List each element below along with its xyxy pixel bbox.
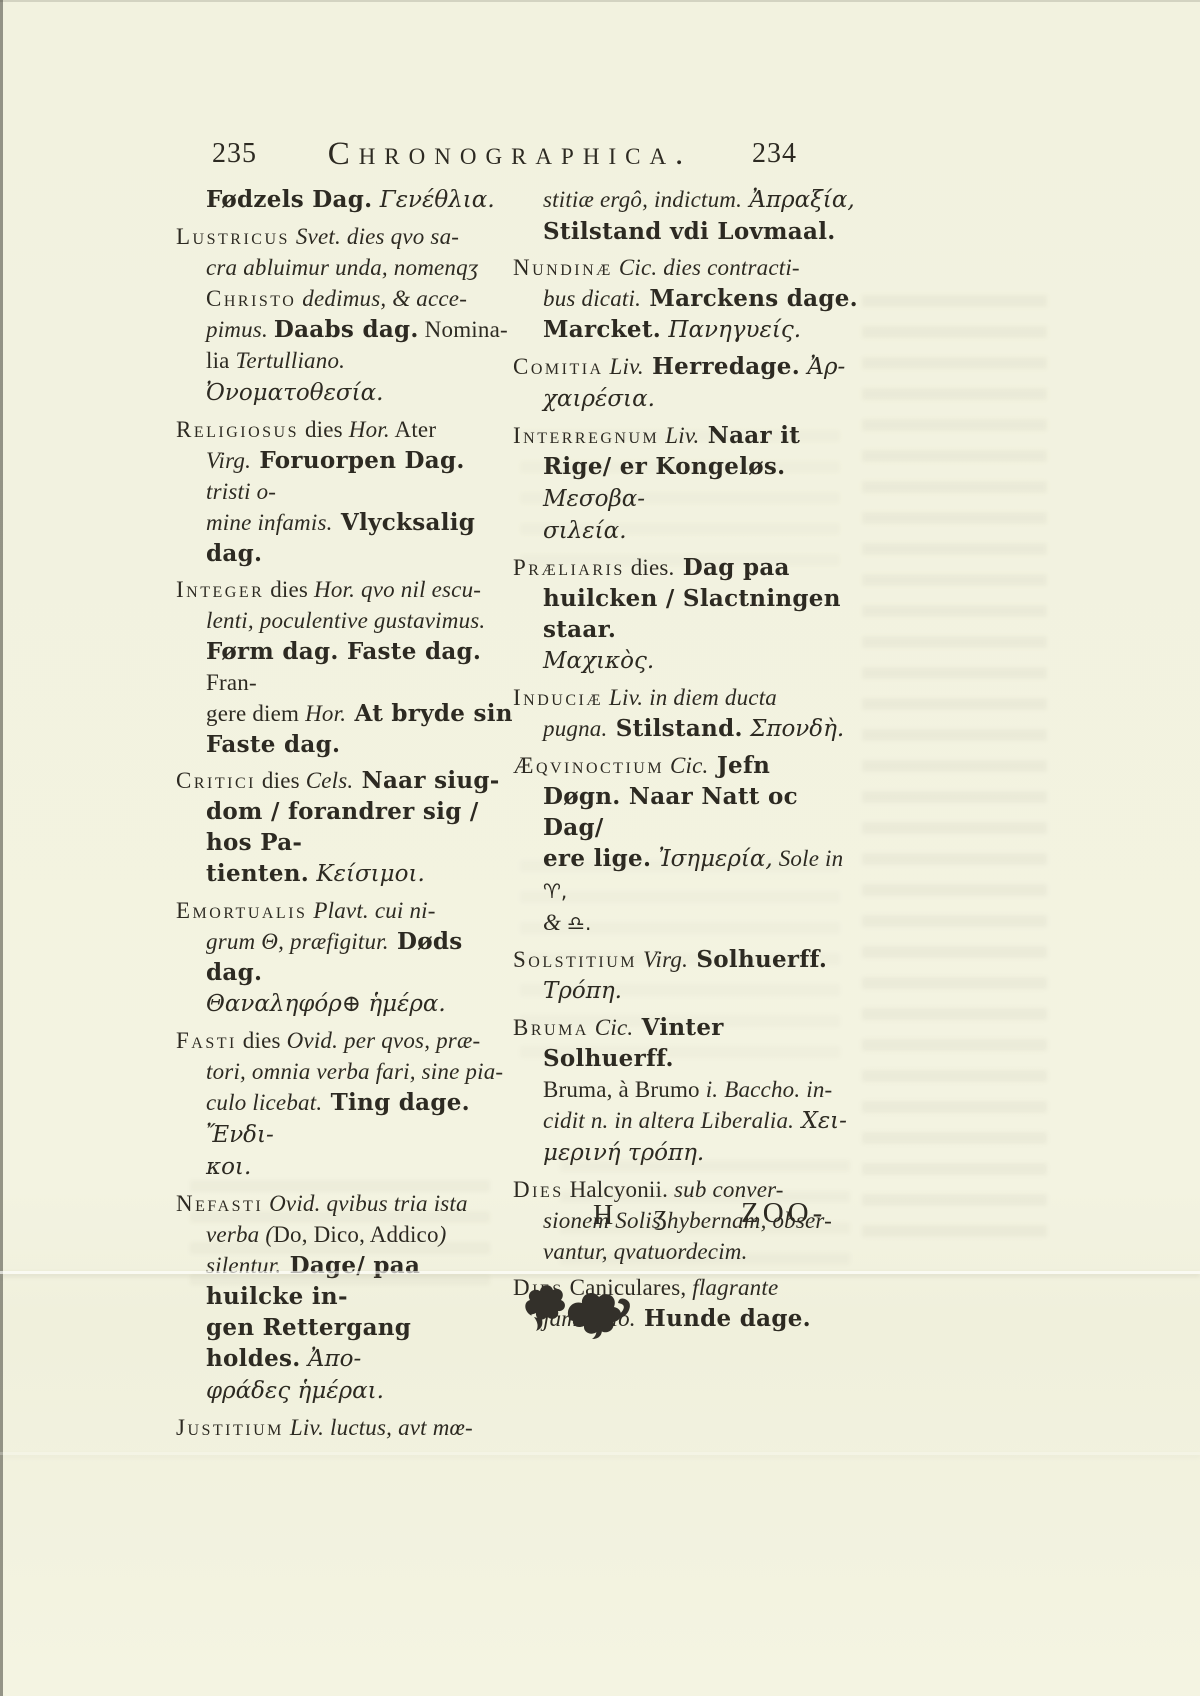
text-run-sc: Induciæ <box>513 685 603 710</box>
dictionary-entry: Emortualis Plavt. cui ni-grum Θ, præfigi… <box>176 895 514 1020</box>
text-run-fr: Rige/ er Kongeløs. <box>543 453 785 480</box>
text-run-gk: Ὀνοματοθεσία. <box>206 380 384 406</box>
signature-mark: H ʒ <box>593 1200 667 1232</box>
text-run-fr: Stilstand vdi Lovmaal. <box>543 218 836 245</box>
text-run-gk: Μαχικὸς. <box>543 648 654 674</box>
text-run-gk: σιλεία. <box>543 518 627 544</box>
text-run-sc: Solstitium <box>513 947 637 972</box>
text-run-gk: Ἀπο- <box>301 1346 362 1372</box>
text-run-it: mine infamis. <box>206 510 333 535</box>
text-run-it: dedimus, & acce- <box>296 286 467 311</box>
text-run-it: Svet. dies qvo sa- <box>290 224 459 249</box>
text-run-gk: Τρόπη. <box>543 978 622 1004</box>
text-run-gk: Ἀρ- <box>800 354 845 380</box>
text-run-fr: Marcket. <box>543 316 661 343</box>
text-run-it: stitiæ ergô, indictum. <box>543 187 742 212</box>
text-run-gk: Γενέθλια. <box>372 187 494 213</box>
text-run-sc: Justitium <box>176 1415 284 1440</box>
text-run-sc: Interregnum <box>513 423 659 448</box>
text-run-fr: huilcken / Slactningen staar. <box>543 585 841 643</box>
dictionary-entry: Justitium Liv. luctus, avt mœ- <box>176 1412 514 1443</box>
text-run-gk: φράδες ἡμέραι. <box>206 1378 384 1404</box>
dictionary-entry: Nefasti Ovid. qvibus tria istaverba (Do,… <box>176 1188 514 1407</box>
text-run-sc: Religiosus <box>176 417 299 442</box>
text-run-sc: Fasti <box>176 1028 237 1053</box>
text-run-it: Virg. <box>206 448 251 473</box>
text-run-fr: Førm dag. Faste dag. <box>206 638 481 665</box>
text-run-gk: Χει- <box>794 1108 847 1134</box>
text-run-ro: Bruma, à Brumo <box>543 1077 706 1102</box>
text-run-zo: ♎. <box>567 911 591 935</box>
text-run-it: flagrante <box>692 1275 778 1300</box>
text-run-it: pimus. <box>206 317 274 342</box>
text-run-it: Tertulliano. <box>236 348 346 373</box>
text-run-gk: Πανηγυείς. <box>661 317 801 343</box>
dictionary-entry: Religiosus dies Hor. AterVirg. Foruorpen… <box>176 414 514 569</box>
fleuron-ornament-icon <box>518 1276 650 1340</box>
text-run-fr: Naar siug- <box>353 767 499 794</box>
text-run-sc: Nundinæ <box>513 255 613 280</box>
dictionary-entry: Fasti dies Ovid. per qvos, præ-tori, omn… <box>176 1025 514 1183</box>
page-number-left: 235 <box>212 138 257 170</box>
text-run-it: & <box>543 910 567 935</box>
text-run-gk: Κείσιμοι. <box>309 861 425 887</box>
text-run-it: Ovid. qvibus tria ista <box>263 1191 468 1216</box>
text-run-it: Sole in <box>773 846 844 871</box>
text-column-right: stitiæ ergô, indictum. Ἀπραξία,Stilstand… <box>513 184 861 1339</box>
text-run-fr: Daabs dag. <box>274 316 419 343</box>
text-run-it: verba ( <box>206 1222 273 1247</box>
text-run-sc: Christo <box>206 286 296 311</box>
text-run-it: Plavt. cui ni- <box>307 898 435 923</box>
text-run-fr: Dag paa <box>675 554 790 581</box>
text-run-it: Liv. luctus, avt mœ- <box>284 1415 473 1440</box>
text-run-gk: Θαναληφόρ⊕ ἡμέρα. <box>206 991 446 1017</box>
scan-edge-left <box>0 0 3 1696</box>
text-run-it: Cic. <box>589 1015 633 1040</box>
text-run-fr: Naar it <box>699 422 800 449</box>
text-run-it: Liv. in diem ducta <box>603 685 777 710</box>
text-column-left: Fødzels Dag. Γενέθλια.Lustricus Svet. di… <box>176 184 514 1448</box>
text-run-it: qvo nil escu- <box>355 577 481 602</box>
text-run-ro: Halcyonii. <box>564 1177 668 1202</box>
text-run-sc: Bruma <box>513 1015 589 1040</box>
text-run-fr: dom / forandrer sig / hos Pa- <box>206 798 479 856</box>
text-run-it: pugna. <box>543 716 607 741</box>
text-run-it: Ovid. <box>287 1028 338 1053</box>
dictionary-entry: Præliaris dies. Dag paahuilcken / Slactn… <box>513 552 861 677</box>
text-run-ro: Ater <box>390 417 436 442</box>
text-run-ro: Nomina- <box>419 317 508 342</box>
text-run-sc: Emortualis <box>176 898 307 923</box>
dictionary-entry: Fødzels Dag. Γενέθλια. <box>176 184 514 216</box>
text-run-fr: Herredage. <box>644 353 800 380</box>
text-run-ro: dies <box>237 1028 287 1053</box>
text-run-fr: Marckens dage. <box>641 285 858 312</box>
scanned-book-page: 235 Chronographica. 234 Fødzels Dag. Γεν… <box>0 0 1200 1696</box>
text-run-gk: Σπονδὴ. <box>743 716 844 742</box>
text-run-ro: dies <box>256 768 306 793</box>
dictionary-entry: Æqvinoctium Cic. JefnDøgn. Naar Natt oc … <box>513 750 861 939</box>
page-showthrough <box>862 295 1047 1245</box>
running-title: Chronographica. <box>300 136 720 173</box>
dictionary-entry: Interregnum Liv. Naar itRige/ er Kongelø… <box>513 420 861 547</box>
text-run-sc: Lustricus <box>176 224 290 249</box>
text-run-it: grum Θ, præfigitur. <box>206 929 389 954</box>
text-run-it: Hor. <box>349 417 390 442</box>
text-run-fr: Solhuerff. <box>688 946 827 973</box>
text-run-it: ) <box>439 1222 447 1247</box>
dictionary-entry: Nundinæ Cic. dies contracti-bus dicati. … <box>513 252 861 346</box>
text-run-it: Cels. <box>306 768 354 793</box>
dictionary-entry: Critici dies Cels. Naar siug-dom / foran… <box>176 765 514 890</box>
text-run-ro: Do, Dico, Addico <box>273 1222 438 1247</box>
dictionary-entry: Solstitium Virg. Solhuerff.Τρόπη. <box>513 944 861 1007</box>
text-run-fr: Hunde dage. <box>636 1305 811 1332</box>
text-run-it: per qvos, præ- <box>338 1028 480 1053</box>
text-run-fr: ere lige. <box>543 845 651 872</box>
text-run-it: Liv. <box>659 423 699 448</box>
text-run-it: silentur. <box>206 1253 281 1278</box>
dictionary-entry: Bruma Cic. Vinter Solhuerff.Bruma, à Bru… <box>513 1012 861 1169</box>
text-run-it: Cic. <box>664 753 708 778</box>
page-header: 235 Chronographica. 234 <box>0 136 1200 176</box>
dictionary-entry: Comitia Liv. Herredage. Ἀρ-χαιρέσια. <box>513 351 861 415</box>
text-run-sc: Critici <box>176 768 256 793</box>
text-run-gk: μερινή τρόπη. <box>543 1140 704 1166</box>
page-number-right: 234 <box>752 138 797 170</box>
text-run-it: lenti, poculentive gustavimus. <box>206 608 485 633</box>
text-run-ro: dies. <box>625 555 675 580</box>
text-run-fr: At bryde sin <box>346 700 513 727</box>
text-run-it: cra abluimur unda, nomenqʒ <box>206 255 478 280</box>
dictionary-entry: stitiæ ergô, indictum. Ἀπραξία,Stilstand… <box>513 184 861 247</box>
text-run-fr: Jefn <box>709 752 771 779</box>
text-run-fr: Fødzels Dag. <box>206 186 372 213</box>
text-run-gk: Μεσοβα- <box>543 486 645 512</box>
dictionary-entry: Integer dies Hor. qvo nil escu-lenti, po… <box>176 574 514 760</box>
text-run-it: tori, omnia verba fari, sine pia- <box>206 1059 503 1084</box>
text-run-zo: ♈, <box>543 879 567 903</box>
text-run-sc: Integer <box>176 577 264 602</box>
text-run-ro: lia <box>206 348 236 373</box>
text-run-it: tristi o- <box>206 479 276 504</box>
text-run-gk: χαιρέσια. <box>543 386 655 412</box>
text-run-it: vantur, qvatuordecim. <box>543 1239 748 1264</box>
text-run-gk: Ἔνδι- <box>206 1122 274 1148</box>
text-run-it: bus dicati. <box>543 286 641 311</box>
text-run-gk: Ἰσημερία, <box>651 846 772 872</box>
text-run-fr: Foruorpen Dag. <box>251 447 465 474</box>
text-run-fr: tienten. <box>206 860 309 887</box>
text-run-sc: Dies <box>513 1177 564 1202</box>
text-run-fr: Døgn. Naar Natt oc Dag/ <box>543 783 798 841</box>
text-run-it: cidit n. in altera Liberalia. <box>543 1108 794 1133</box>
text-run-ro: dies <box>264 577 314 602</box>
text-run-ro: gere diem <box>206 701 305 726</box>
text-run-sc: Præliaris <box>513 555 625 580</box>
text-run-it: Liv. <box>604 354 644 379</box>
text-run-sc: Æqvinoctium <box>513 753 664 778</box>
text-run-sc: Nefasti <box>176 1191 263 1216</box>
dictionary-entry: Lustricus Svet. dies qvo sa-cra abluimur… <box>176 221 514 409</box>
text-run-fr: Stilstand. <box>607 715 742 742</box>
text-run-it: Cic. dies contracti- <box>613 255 800 280</box>
paper-crease <box>0 1452 1200 1455</box>
text-run-sc: Comitia <box>513 354 604 379</box>
text-run-it: Virg. <box>637 947 688 972</box>
catchword: ZOO- <box>741 1197 826 1230</box>
text-run-it: i. Baccho. in- <box>706 1077 833 1102</box>
text-run-it: Hor. <box>314 577 355 602</box>
scan-edge-top <box>0 0 1200 2</box>
text-run-gk: Ἀπραξία, <box>742 187 855 213</box>
text-run-it: culo licebat. <box>206 1090 322 1115</box>
text-run-fr: Ting dage. <box>322 1089 470 1116</box>
text-run-ro: dies <box>299 417 349 442</box>
text-run-gk: κοι. <box>206 1154 251 1180</box>
paper-crease <box>0 1271 1200 1274</box>
text-run-fr: Faste dag. <box>206 731 340 758</box>
text-run-ro: Fran- <box>206 670 257 695</box>
dictionary-entry: Induciæ Liv. in diem ductapugna. Stilsta… <box>513 682 861 745</box>
text-run-it: Hor. <box>305 701 346 726</box>
